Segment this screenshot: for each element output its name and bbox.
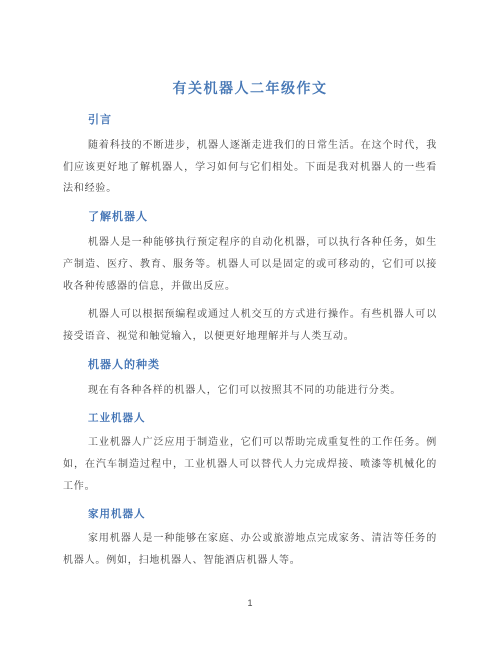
paragraph-robot-types: 现在有各种各样的机器人，它们可以按照其不同的功能进行分类。 xyxy=(63,380,437,402)
section-heading-understanding-robots: 了解机器人 xyxy=(63,210,437,225)
document-title: 有关机器人二年级作文 xyxy=(63,78,437,98)
paragraph-introduction: 随着科技的不断进步，机器人逐渐走进我们的日常生活。在这个时代，我们应该更好地了解… xyxy=(63,135,437,200)
section-heading-home-robots: 家用机器人 xyxy=(63,507,437,521)
section-heading-introduction: 引言 xyxy=(63,113,437,128)
page-number: 1 xyxy=(0,598,500,608)
paragraph-understanding-robots-1: 机器人是一种能够执行预定程序的自动化机器，可以执行各种任务，如生产制造、医疗、教… xyxy=(63,232,437,297)
section-heading-robot-types: 机器人的种类 xyxy=(63,358,437,373)
document-page: 有关机器人二年级作文 引言 随着科技的不断进步，机器人逐渐走进我们的日常生活。在… xyxy=(0,0,500,647)
paragraph-understanding-robots-2: 机器人可以根据预编程或通过人机交互的方式进行操作。有些机器人可以接受语音、视觉和… xyxy=(63,304,437,347)
section-heading-industrial-robots: 工业机器人 xyxy=(63,411,437,425)
paragraph-home-robots: 家用机器人是一种能够在家庭、办公或旅游地点完成家务、清洁等任务的机器人。例如，扫… xyxy=(63,528,437,571)
paragraph-industrial-robots: 工业机器人广泛应用于制造业，它们可以帮助完成重复性的工作任务。例如，在汽车制造过… xyxy=(63,432,437,497)
